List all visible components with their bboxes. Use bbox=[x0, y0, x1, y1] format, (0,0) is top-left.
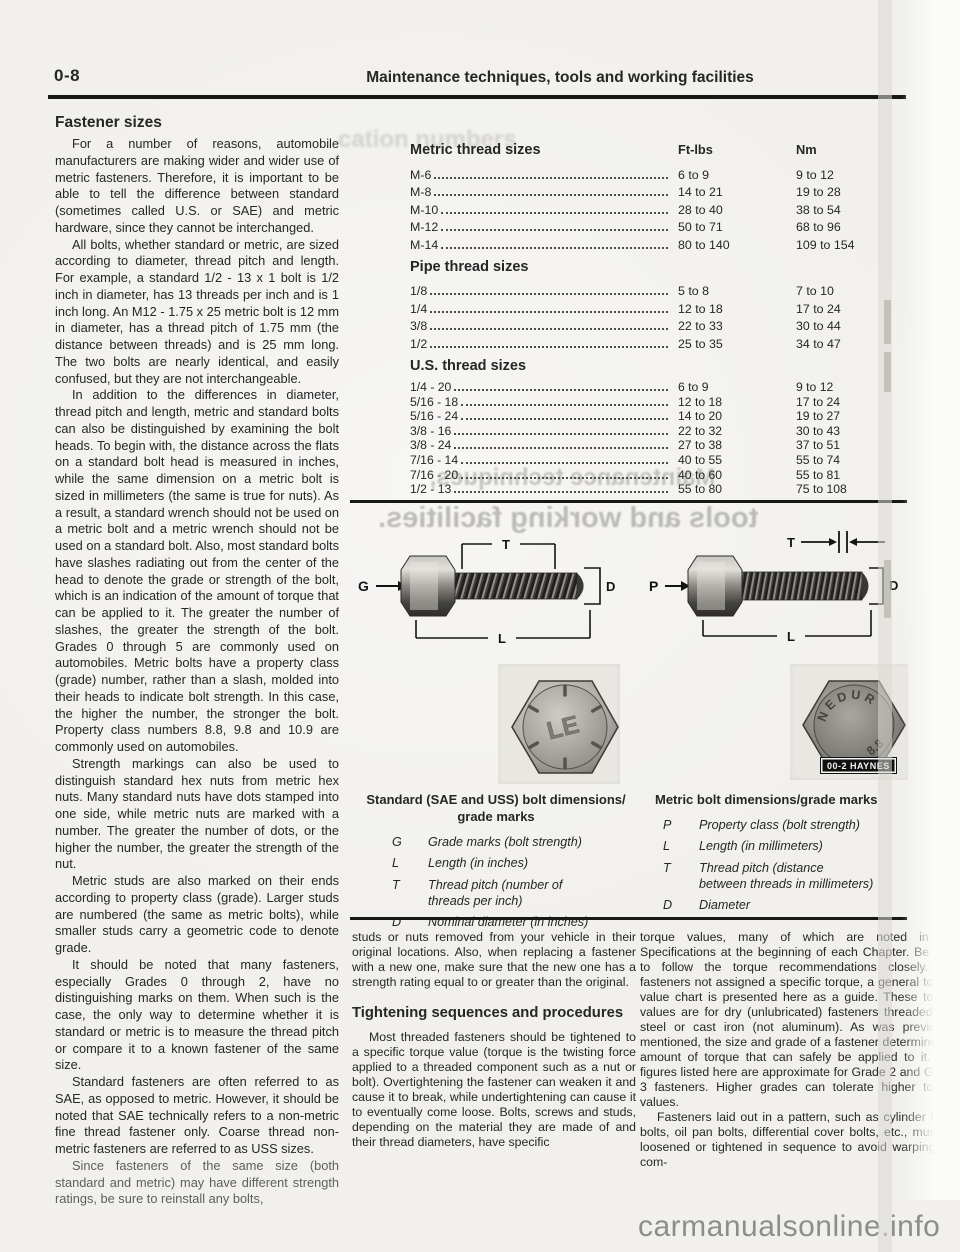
scan-artifact bbox=[884, 352, 891, 392]
dim-label-l: L bbox=[787, 629, 795, 644]
legend-item: LLength (in millimeters) bbox=[655, 838, 915, 854]
dotted-leader bbox=[461, 462, 668, 464]
body-paragraph: Most threaded fasteners should be tighte… bbox=[352, 1030, 636, 1150]
section-divider-rule bbox=[350, 917, 907, 920]
arrow-head bbox=[849, 538, 857, 546]
dotted-leader bbox=[430, 346, 668, 348]
table-row: 1/4 - 206 to 99 to 12 bbox=[410, 380, 908, 395]
table-row: 7/16 - 1440 to 5555 to 74 bbox=[410, 452, 908, 467]
legend-item: LLength (in inches) bbox=[384, 855, 642, 871]
section-heading-fastener-sizes: Fastener sizes bbox=[55, 114, 339, 132]
table-row: M-66 to 99 to 12 bbox=[410, 164, 908, 182]
dotted-leader bbox=[454, 433, 668, 435]
dotted-leader bbox=[454, 447, 668, 449]
table-row: 5/16 - 1812 to 1817 to 24 bbox=[410, 394, 908, 409]
body-paragraph: Strength markings can also be used to di… bbox=[55, 756, 339, 873]
scan-edge-fade bbox=[902, 0, 960, 1200]
body-paragraph: Standard fasteners are often referred to… bbox=[55, 1074, 339, 1158]
table-row: 5/16 - 2414 to 2019 to 27 bbox=[410, 409, 908, 424]
bolt-head-facet bbox=[410, 562, 438, 610]
legend-item: GGrade marks (bolt strength) bbox=[384, 834, 642, 850]
table-row: 1/85 to 87 to 10 bbox=[410, 281, 908, 299]
dotted-leader bbox=[441, 247, 668, 249]
dotted-leader bbox=[461, 404, 668, 406]
table-pipe-thread-sizes: Pipe thread sizes 1/85 to 87 to 10 1/412… bbox=[410, 259, 908, 351]
dotted-leader bbox=[454, 491, 668, 493]
fastener-sizes-column: Fastener sizes For a number of reasons, … bbox=[55, 114, 339, 1208]
scan-artifact bbox=[884, 300, 891, 344]
body-paragraph: studs or nuts removed from your vehicle … bbox=[352, 930, 636, 990]
section-heading-tightening: Tightening sequences and procedures bbox=[352, 1004, 636, 1023]
standard-bolt-diagram: G T D L bbox=[352, 526, 642, 661]
dim-label-l: L bbox=[498, 631, 506, 646]
dim-label-t: T bbox=[502, 537, 510, 552]
bolt-tip bbox=[862, 572, 869, 600]
standard-bolt-head-hexagon: LE bbox=[500, 666, 630, 788]
metric-bolt-caption: Metric bolt dimensions/grade marks PProp… bbox=[655, 792, 915, 914]
table-row: 7/16 - 2040 to 6055 to 81 bbox=[410, 467, 908, 482]
body-paragraph: For a number of reasons, automobile manu… bbox=[55, 136, 339, 237]
table-row: M-1480 to 140109 to 154 bbox=[410, 234, 908, 252]
bolt-shaft bbox=[742, 572, 862, 600]
table-row: M-1028 to 4038 to 54 bbox=[410, 199, 908, 217]
column-header-ftlbs: Ft-lbs bbox=[678, 142, 796, 157]
caption-title: Standard (SAE and USS) bolt dimensions/ … bbox=[350, 792, 642, 826]
table-row: 3/8 - 1622 to 3230 to 43 bbox=[410, 423, 908, 438]
table-row: 1/412 to 1817 to 24 bbox=[410, 298, 908, 316]
dim-label-t: T bbox=[787, 535, 795, 550]
table-title: U.S. thread sizes bbox=[410, 358, 908, 374]
dotted-leader bbox=[434, 177, 668, 179]
header-rule bbox=[48, 95, 906, 99]
dotted-leader bbox=[430, 328, 668, 330]
bolt-shaft bbox=[455, 573, 577, 599]
dotted-leader bbox=[441, 229, 668, 231]
dim-label-d: D bbox=[606, 579, 615, 594]
body-paragraph: Since fasteners of the same size (both s… bbox=[55, 1158, 339, 1208]
caption-title: Metric bolt dimensions/grade marks bbox=[655, 792, 915, 809]
caption-legend: PProperty class (bolt strength) LLength … bbox=[655, 817, 915, 914]
table-row: M-1250 to 7168 to 96 bbox=[410, 217, 908, 235]
dim-label-g: G bbox=[358, 578, 369, 594]
table-title: Pipe thread sizes bbox=[410, 259, 908, 275]
legend-item: PProperty class (bolt strength) bbox=[655, 817, 915, 833]
arrow-head bbox=[829, 538, 837, 546]
table-metric-thread-sizes: Metric thread sizes Ft-lbs Nm M-66 to 99… bbox=[410, 142, 908, 252]
legend-item: TThread pitch (number of threads per inc… bbox=[384, 877, 642, 910]
legend-item: TThread pitch (distance between threads … bbox=[655, 860, 915, 893]
body-paragraph: All bolts, whether standard or metric, a… bbox=[55, 237, 339, 388]
table-row: M-814 to 2119 to 28 bbox=[410, 182, 908, 200]
scanned-manual-page: { "page": { "number": "0-8", "header_tit… bbox=[0, 0, 960, 1252]
dotted-leader bbox=[461, 418, 668, 420]
table-row: 3/822 to 3330 to 44 bbox=[410, 316, 908, 334]
dotted-leader bbox=[430, 293, 668, 295]
table-row: 1/2 - 1355 to 8075 to 108 bbox=[410, 482, 908, 497]
body-paragraph: In addition to the differences in diamet… bbox=[55, 387, 339, 756]
d-dimension-bracket bbox=[584, 568, 600, 604]
standard-bolt-caption: Standard (SAE and USS) bolt dimensions/ … bbox=[350, 792, 642, 931]
table-row: 3/8 - 2427 to 3837 to 51 bbox=[410, 438, 908, 453]
section-divider-rule bbox=[350, 500, 907, 503]
bolt-head-facet bbox=[697, 562, 725, 610]
scan-artifact bbox=[884, 560, 891, 618]
dotted-leader bbox=[441, 212, 668, 214]
dotted-leader bbox=[454, 389, 668, 391]
scan-edge-band bbox=[878, 0, 892, 1252]
body-paragraph: It should be noted that many fasteners, … bbox=[55, 957, 339, 1074]
dim-label-p: P bbox=[649, 578, 658, 594]
table-row: 1/225 to 3534 to 47 bbox=[410, 333, 908, 351]
page-header-title: Maintenance techniques, tools and workin… bbox=[250, 69, 870, 87]
page-number: 0-8 bbox=[54, 66, 80, 86]
legend-item: DDiameter bbox=[655, 897, 915, 913]
dotted-leader bbox=[434, 194, 668, 196]
bottom-middle-column: studs or nuts removed from your vehicle … bbox=[352, 930, 636, 1150]
torque-tables: Metric thread sizes Ft-lbs Nm M-66 to 99… bbox=[410, 142, 908, 496]
watermark-text: carmanualsonline.info bbox=[638, 1210, 940, 1244]
table-us-thread-sizes: U.S. thread sizes 1/4 - 206 to 99 to 12 … bbox=[410, 358, 908, 497]
t-pitch-annotation bbox=[801, 531, 885, 553]
body-paragraph: Metric studs are also marked on their en… bbox=[55, 873, 339, 957]
dotted-leader bbox=[461, 477, 668, 479]
table-title: Metric thread sizes bbox=[410, 142, 678, 158]
dotted-leader bbox=[430, 311, 668, 313]
